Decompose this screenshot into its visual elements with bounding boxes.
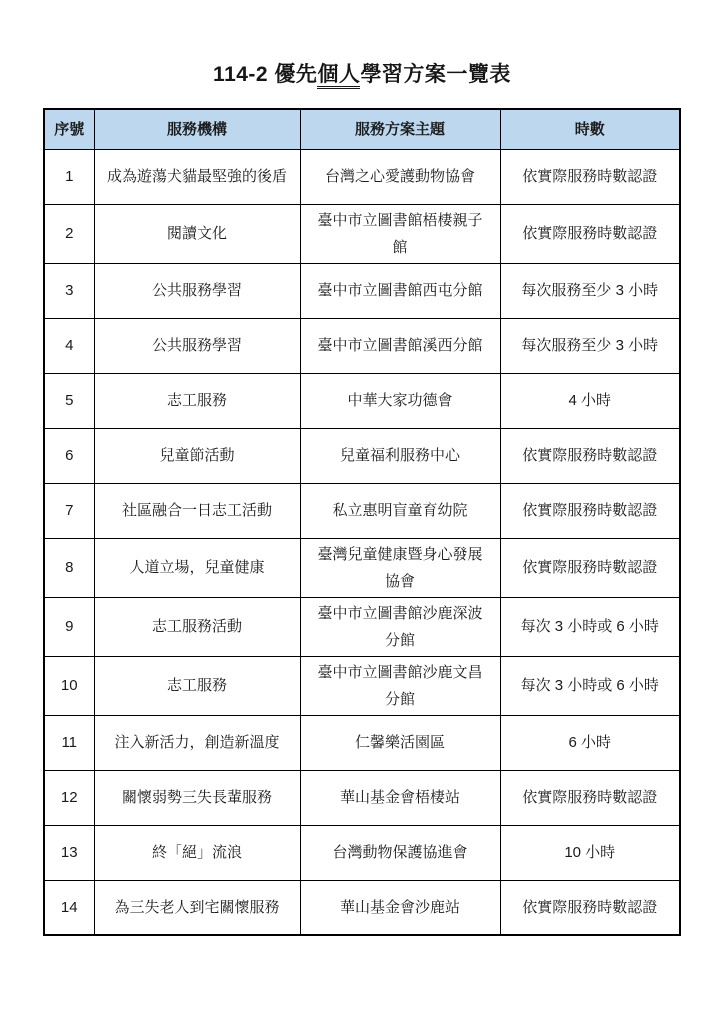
page-title: 114-2 優先個人學習方案一覽表 — [0, 58, 724, 88]
column-header-theme: 服務方案主題 — [300, 109, 500, 149]
cell-sequence-number: 7 — [44, 483, 94, 538]
cell-theme: 中華大家功德會 — [300, 373, 500, 428]
cell-organization: 兒童節活動 — [94, 428, 300, 483]
cell-theme: 台灣動物保護協進會 — [300, 825, 500, 880]
cell-sequence-number: 1 — [44, 149, 94, 204]
table-row: 1 成為遊蕩犬貓最堅強的後盾 台灣之心愛護動物協會 依實際服務時數認證 — [44, 149, 680, 204]
table-row: 11 注入新活力，創造新溫度 仁馨樂活園區 6 小時 — [44, 715, 680, 770]
table-row: 2 閱讀文化 臺中市立圖書館梧棲親子館 依實際服務時數認證 — [44, 204, 680, 263]
cell-hours: 依實際服務時數認證 — [500, 770, 680, 825]
cell-organization: 公共服務學習 — [94, 263, 300, 318]
page-title-underlined-word: 個人 — [317, 63, 360, 89]
cell-organization: 注入新活力，創造新溫度 — [94, 715, 300, 770]
cell-sequence-number: 11 — [44, 715, 94, 770]
cell-hours: 依實際服務時數認證 — [500, 149, 680, 204]
cell-sequence-number: 2 — [44, 204, 94, 263]
cell-organization: 公共服務學習 — [94, 318, 300, 373]
cell-sequence-number: 3 — [44, 263, 94, 318]
cell-theme: 台灣之心愛護動物協會 — [300, 149, 500, 204]
cell-hours: 依實際服務時數認證 — [500, 880, 680, 935]
document-page: 114-2 優先個人學習方案一覽表 序號 服務機構 服務方案主題 時數 1 成為… — [0, 0, 724, 1024]
cell-organization: 終「絕」流浪 — [94, 825, 300, 880]
column-header-organization: 服務機構 — [94, 109, 300, 149]
column-header-hours: 時數 — [500, 109, 680, 149]
cell-organization: 志工服務 — [94, 656, 300, 715]
cell-theme: 臺中市立圖書館西屯分館 — [300, 263, 500, 318]
cell-organization: 閱讀文化 — [94, 204, 300, 263]
cell-organization: 人道立場，兒童健康 — [94, 538, 300, 597]
table-row: 5 志工服務 中華大家功德會 4 小時 — [44, 373, 680, 428]
table-body: 1 成為遊蕩犬貓最堅強的後盾 台灣之心愛護動物協會 依實際服務時數認證 2 閱讀… — [44, 149, 680, 935]
cell-hours: 依實際服務時數認證 — [500, 538, 680, 597]
cell-theme: 臺灣兒童健康暨身心發展協會 — [300, 538, 500, 597]
table-row: 8 人道立場，兒童健康 臺灣兒童健康暨身心發展協會 依實際服務時數認證 — [44, 538, 680, 597]
cell-hours: 10 小時 — [500, 825, 680, 880]
cell-organization: 志工服務 — [94, 373, 300, 428]
cell-organization: 為三失老人到宅關懷服務 — [94, 880, 300, 935]
cell-organization: 成為遊蕩犬貓最堅強的後盾 — [94, 149, 300, 204]
table-row: 9 志工服務活動 臺中市立圖書館沙鹿深波分館 每次 3 小時或 6 小時 — [44, 597, 680, 656]
page-title-prefix: 114-2 優先 — [213, 63, 317, 86]
table-row: 4 公共服務學習 臺中市立圖書館溪西分館 每次服務至少 3 小時 — [44, 318, 680, 373]
cell-sequence-number: 5 — [44, 373, 94, 428]
cell-theme: 臺中市立圖書館溪西分館 — [300, 318, 500, 373]
cell-hours: 依實際服務時數認證 — [500, 483, 680, 538]
table-row: 14 為三失老人到宅關懷服務 華山基金會沙鹿站 依實際服務時數認證 — [44, 880, 680, 935]
cell-hours: 每次服務至少 3 小時 — [500, 318, 680, 373]
table-row: 10 志工服務 臺中市立圖書館沙鹿文昌分館 每次 3 小時或 6 小時 — [44, 656, 680, 715]
cell-hours: 4 小時 — [500, 373, 680, 428]
cell-sequence-number: 14 — [44, 880, 94, 935]
cell-sequence-number: 10 — [44, 656, 94, 715]
cell-theme: 華山基金會梧棲站 — [300, 770, 500, 825]
cell-organization: 社區融合一日志工活動 — [94, 483, 300, 538]
cell-theme: 兒童福利服務中心 — [300, 428, 500, 483]
cell-sequence-number: 6 — [44, 428, 94, 483]
cell-hours: 6 小時 — [500, 715, 680, 770]
cell-theme: 臺中市立圖書館梧棲親子館 — [300, 204, 500, 263]
cell-sequence-number: 4 — [44, 318, 94, 373]
cell-theme: 臺中市立圖書館沙鹿深波分館 — [300, 597, 500, 656]
table-row: 7 社區融合一日志工活動 私立惠明盲童育幼院 依實際服務時數認證 — [44, 483, 680, 538]
cell-hours: 每次服務至少 3 小時 — [500, 263, 680, 318]
cell-sequence-number: 8 — [44, 538, 94, 597]
cell-hours: 每次 3 小時或 6 小時 — [500, 656, 680, 715]
cell-sequence-number: 13 — [44, 825, 94, 880]
page-title-suffix: 學習方案一覽表 — [360, 63, 511, 86]
cell-hours: 依實際服務時數認證 — [500, 204, 680, 263]
cell-sequence-number: 12 — [44, 770, 94, 825]
cell-organization: 關懷弱勢三失長輩服務 — [94, 770, 300, 825]
table-header-row: 序號 服務機構 服務方案主題 時數 — [44, 109, 680, 149]
cell-theme: 仁馨樂活園區 — [300, 715, 500, 770]
cell-theme: 臺中市立圖書館沙鹿文昌分館 — [300, 656, 500, 715]
table-row: 12 關懷弱勢三失長輩服務 華山基金會梧棲站 依實際服務時數認證 — [44, 770, 680, 825]
table-row: 13 終「絕」流浪 台灣動物保護協進會 10 小時 — [44, 825, 680, 880]
table-row: 3 公共服務學習 臺中市立圖書館西屯分館 每次服務至少 3 小時 — [44, 263, 680, 318]
learning-plans-table: 序號 服務機構 服務方案主題 時數 1 成為遊蕩犬貓最堅強的後盾 台灣之心愛護動… — [43, 108, 681, 936]
cell-organization: 志工服務活動 — [94, 597, 300, 656]
cell-hours: 依實際服務時數認證 — [500, 428, 680, 483]
cell-theme: 私立惠明盲童育幼院 — [300, 483, 500, 538]
column-header-seq: 序號 — [44, 109, 94, 149]
cell-hours: 每次 3 小時或 6 小時 — [500, 597, 680, 656]
table-row: 6 兒童節活動 兒童福利服務中心 依實際服務時數認證 — [44, 428, 680, 483]
cell-theme: 華山基金會沙鹿站 — [300, 880, 500, 935]
cell-sequence-number: 9 — [44, 597, 94, 656]
